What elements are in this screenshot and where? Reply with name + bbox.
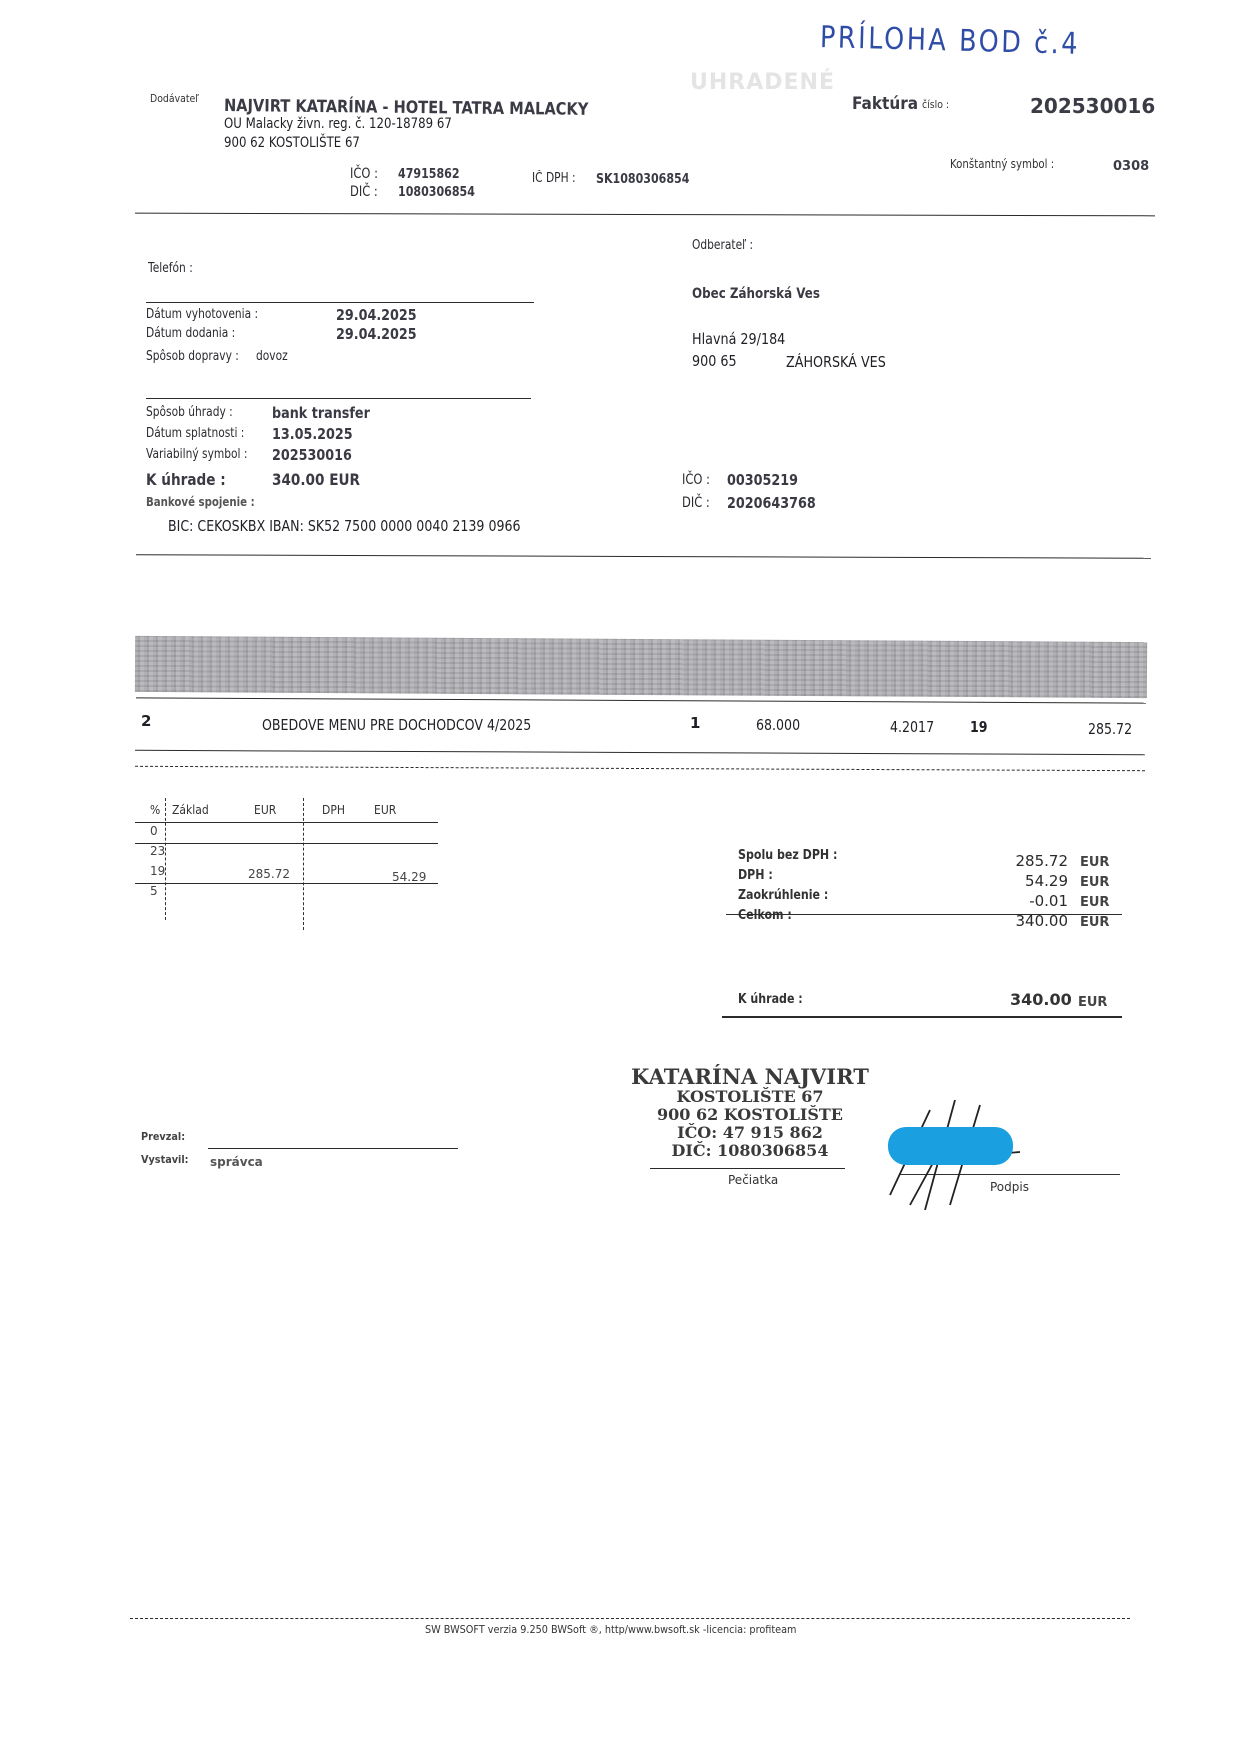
supplier-registration: OU Malacky živn. reg. č. 120-18789 67 (224, 116, 452, 132)
double-rule (722, 1016, 1122, 1018)
total-label: Zaokrúhlenie : (738, 888, 828, 903)
item-description: OBEDOVE MENU PRE DOCHODCOV 4/2025 (262, 716, 531, 734)
customer-label: Odberateľ : (692, 238, 753, 253)
stamp-line-text: 900 62 KOSTOLIŠTE (620, 1106, 880, 1124)
vat-amount: 54.29 (392, 870, 426, 884)
stamp-line-text: KOSTOLIŠTE 67 (620, 1088, 880, 1106)
final-to-pay-label: K úhrade : (738, 992, 803, 1007)
payment-method: bank transfer (272, 404, 370, 422)
to-pay-label: K úhrade : (146, 470, 226, 489)
item-quantity: 1 (690, 714, 700, 732)
vat-header: EUR (374, 803, 396, 817)
supplier-ico-label: IČO : (350, 166, 378, 182)
software-footer: SW BWSOFT verzia 9.250 BWSoft ®, http/ww… (425, 1623, 796, 1636)
divider (146, 302, 534, 303)
payment-method-label: Spôsob úhrady : (146, 405, 233, 420)
total-currency: EUR (1080, 915, 1109, 930)
customer-dic-label: DIČ : (682, 495, 710, 511)
supplier-address: 900 62 KOSTOLIŠTE 67 (224, 135, 360, 151)
total-value: 54.29 (960, 872, 1068, 890)
supplier-icdph: SK1080306854 (596, 172, 689, 187)
supplier-dic: 1080306854 (398, 185, 475, 200)
item-vat-rate: 19 (970, 718, 988, 736)
total-label: DPH : (738, 868, 773, 883)
total-currency: EUR (1080, 895, 1109, 910)
vat-base: 285.72 (248, 867, 290, 881)
signature-caption: Podpis (990, 1180, 1029, 1194)
vat-header: EUR (254, 803, 276, 817)
column-divider (165, 798, 166, 920)
divider (135, 883, 438, 884)
bank-details: BIC: CEKOSKBX IBAN: SK52 7500 0000 0040 … (168, 517, 521, 535)
variable-symbol-label: Variabilný symbol : (146, 447, 248, 462)
issued-by: správca (210, 1155, 263, 1169)
supplier-ico: 47915862 (398, 167, 460, 182)
vat-rate: 19 (150, 864, 165, 878)
stamp-line-text: DIČ: 1080306854 (620, 1142, 880, 1160)
received-line (208, 1148, 458, 1149)
footer-rule (130, 1618, 1130, 1619)
customer-dic: 2020643768 (727, 494, 816, 512)
supplier-dic-label: DIČ : (350, 184, 378, 200)
redaction-mark (888, 1127, 1013, 1165)
vat-rate: 0 (150, 824, 158, 838)
issue-date-label: Dátum vyhotovenia : (146, 307, 258, 322)
customer-street: Hlavná 29/184 (692, 330, 785, 348)
issued-label: Vystavil: (141, 1153, 189, 1166)
transport-value: dovoz (256, 349, 288, 364)
company-stamp: KATARÍNA NAJVIRTKOSTOLIŠTE 67900 62 KOST… (620, 1066, 880, 1160)
vat-rate: 5 (150, 884, 158, 898)
total-currency: EUR (1080, 855, 1109, 870)
divider (135, 750, 1145, 755)
due-date: 13.05.2025 (272, 425, 353, 443)
paid-watermark: UHRADENÉ (690, 70, 835, 95)
stamp-line-text: KATARÍNA NAJVIRT (620, 1066, 880, 1088)
total-value: 285.72 (960, 852, 1068, 870)
divider (135, 822, 438, 823)
final-to-pay-currency: EUR (1078, 995, 1107, 1010)
item-number: 2 (141, 712, 151, 730)
customer-name: Obec Záhorská Ves (692, 286, 820, 302)
item-unit-price: 68.000 (756, 716, 800, 734)
invoice-number-label: číslo : (922, 98, 949, 111)
bank-label: Bankové spojenie : (146, 495, 255, 509)
constant-symbol: 0308 (1113, 159, 1149, 174)
divider (726, 914, 1122, 915)
customer-ico-label: IČO : (682, 472, 710, 488)
divider (135, 766, 1145, 771)
vat-rate: 23 (150, 844, 165, 858)
item-total: 285.72 (1088, 720, 1132, 738)
handwritten-annotation: PRÍLOHA BOD č.4 (820, 20, 1081, 62)
divider (136, 554, 1151, 559)
issue-date: 29.04.2025 (336, 306, 417, 324)
customer-zip: 900 65 (692, 352, 737, 370)
supplier-icdph-label: IČ DPH : (532, 171, 576, 186)
supplier-label: Dodávateľ (150, 92, 199, 105)
variable-symbol: 202530016 (272, 446, 352, 464)
divider (146, 398, 531, 399)
stamp-line (650, 1168, 845, 1169)
constant-symbol-label: Konštantný symbol : (950, 157, 1054, 171)
phone-label: Telefón : (148, 261, 193, 276)
vat-header: Základ (172, 803, 209, 817)
received-label: Prevzal: (141, 1130, 185, 1143)
stamp-line-text: IČO: 47 915 862 (620, 1124, 880, 1142)
vat-header: % (150, 803, 160, 817)
total-label: Spolu bez DPH : (738, 848, 837, 863)
to-pay-amount: 340.00 EUR (272, 470, 360, 489)
divider (135, 213, 1155, 217)
delivery-date-label: Dátum dodania : (146, 326, 235, 341)
total-label: Celkom : (738, 908, 792, 923)
invoice-number: 202530016 (1030, 94, 1155, 118)
total-value: -0.01 (960, 892, 1068, 910)
column-divider (303, 798, 304, 930)
stamp-caption: Pečiatka (728, 1173, 778, 1187)
due-date-label: Dátum splatnosti : (146, 426, 244, 441)
customer-city: ZÁHORSKÁ VES (786, 353, 886, 371)
final-to-pay-value: 340.00 (1010, 990, 1072, 1009)
vat-header: DPH (322, 803, 345, 817)
total-currency: EUR (1080, 875, 1109, 890)
transport-label: Spôsob dopravy : (146, 349, 239, 364)
items-header-band (135, 636, 1147, 698)
divider (135, 843, 438, 844)
item-coefficient: 4.2017 (890, 718, 934, 736)
divider (136, 697, 1146, 703)
customer-ico: 00305219 (727, 471, 798, 489)
invoice-title: Faktúra (852, 94, 918, 114)
delivery-date: 29.04.2025 (336, 325, 417, 343)
